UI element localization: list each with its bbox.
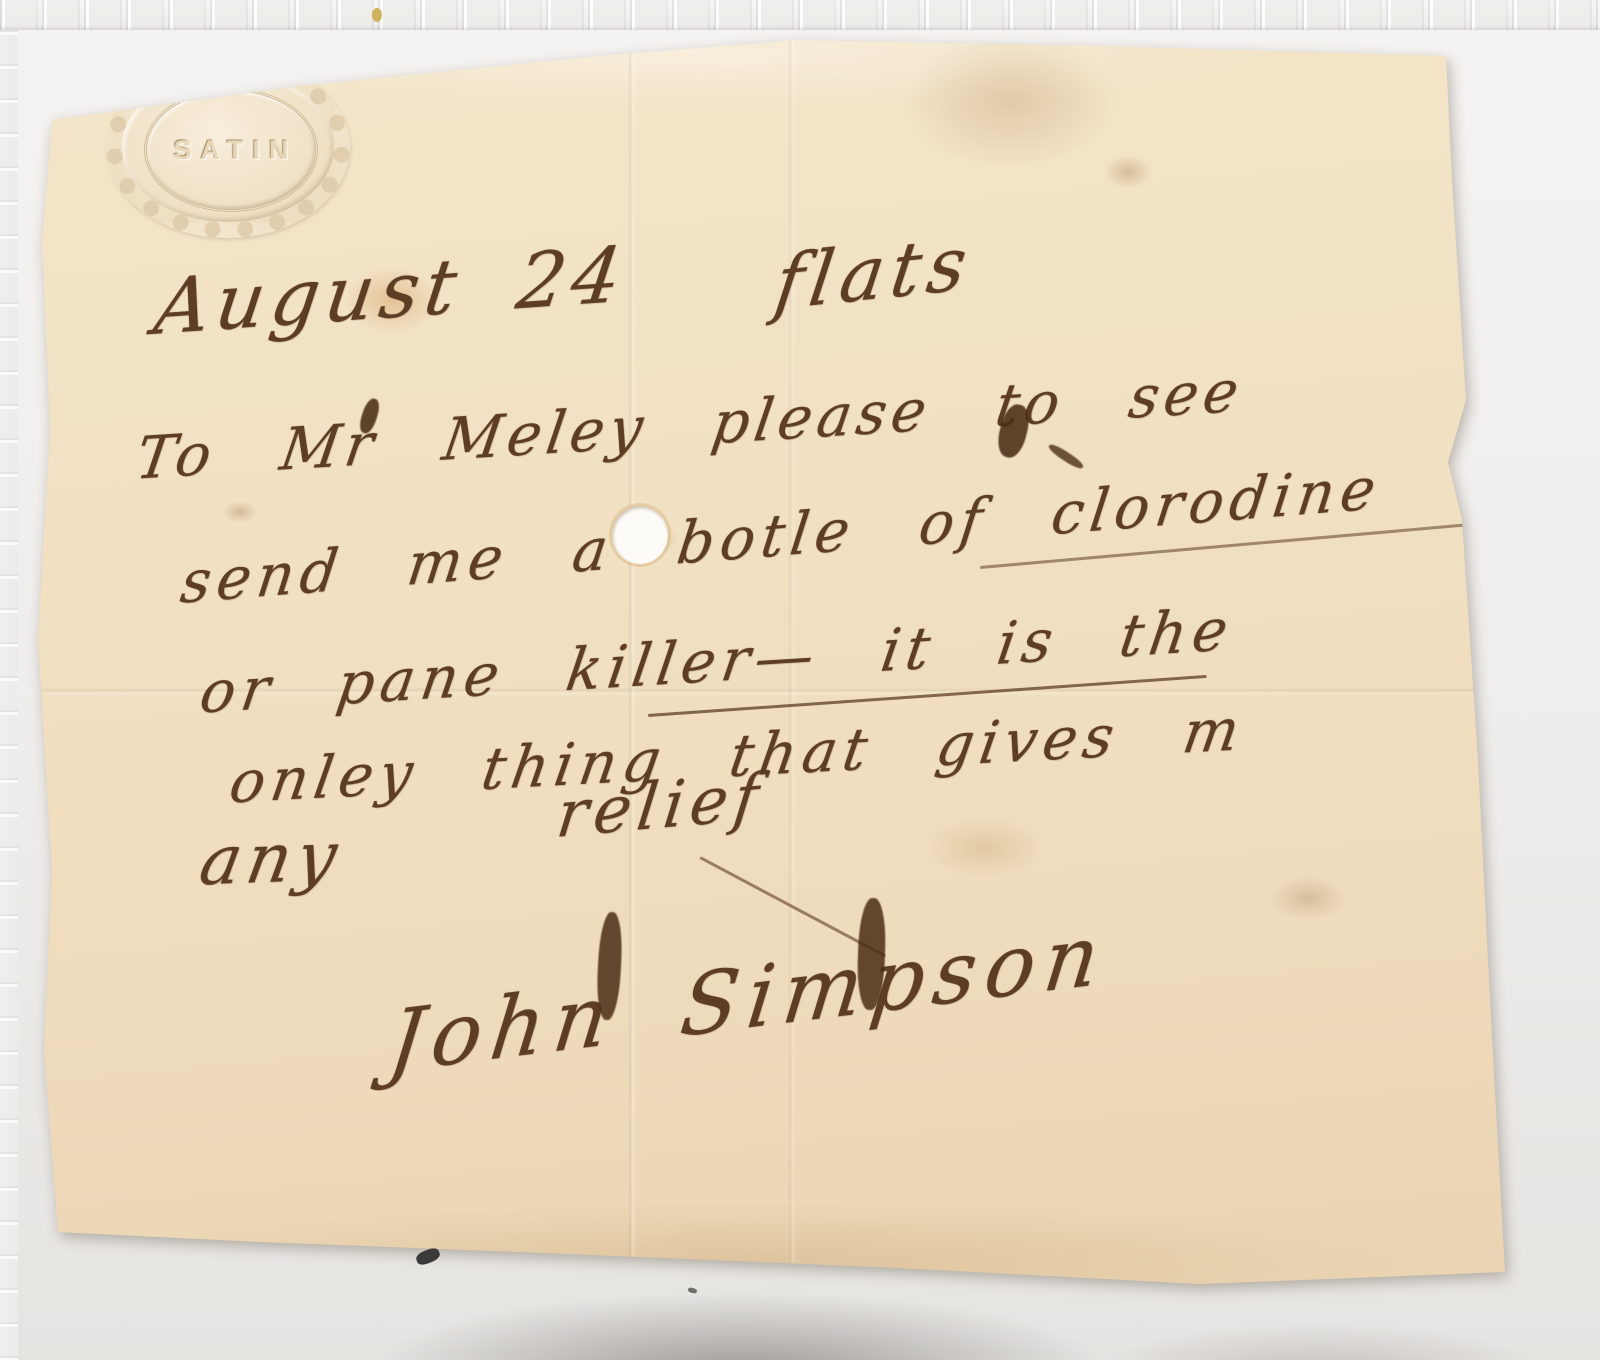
handwriting-signature: John Simpson <box>384 904 1114 1092</box>
satin-embossed-seal: SATIN <box>106 56 350 238</box>
scanned-handwritten-letter: SATIN August 24 flats To Mr Meley please… <box>0 0 1600 1360</box>
handwriting-salutation: To Mr Meley please to see <box>132 356 1248 492</box>
seal-text: SATIN <box>165 135 298 166</box>
seal-inner-oval: SATIN <box>144 88 318 212</box>
ink-blot <box>1047 442 1085 471</box>
punch-hole <box>612 506 668 564</box>
letter-paper: SATIN August 24 flats To Mr Meley please… <box>0 0 1600 1360</box>
handwriting-date: August 24 <box>149 229 632 352</box>
paper-fleck <box>372 8 382 22</box>
handwriting-body-line-4a: any <box>194 817 349 901</box>
handwriting-place: flats <box>770 219 979 327</box>
paper-shadow-wrapper: SATIN August 24 flats To Mr Meley please… <box>0 0 1600 1360</box>
